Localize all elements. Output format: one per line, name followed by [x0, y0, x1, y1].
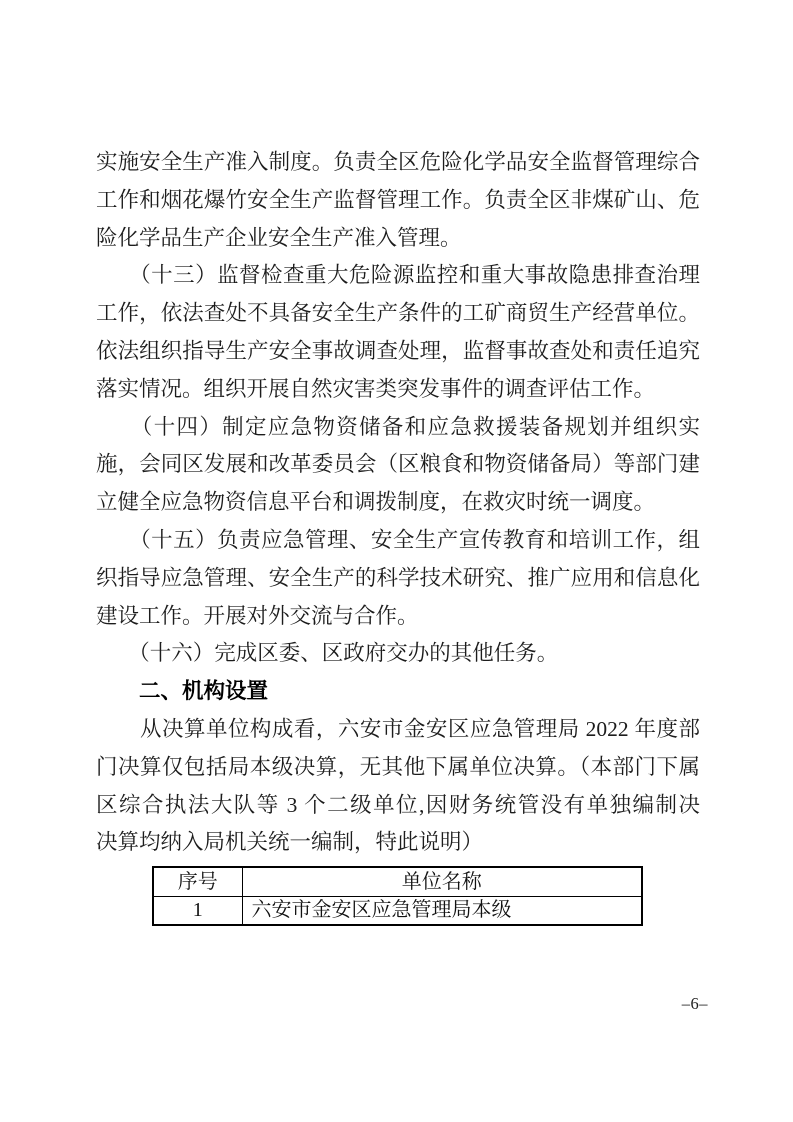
text-line: 工作，依法查处不具备安全生产条件的工矿商贸生产经营单位。: [96, 295, 700, 333]
text-line: 区综合执法大队等 3 个二级单位,因财务统管没有单独编制决算，: [96, 787, 700, 825]
text-line: 施，会同区发展和改革委员会（区粮食和物资储备局）等部门建: [96, 446, 700, 484]
unit-table: 序号单位名称 1六安市金安区应急管理局本级: [152, 866, 643, 926]
section-heading: 二、机构设置: [96, 673, 700, 711]
table-row: 1六安市金安区应急管理局本级: [153, 896, 642, 925]
text-line: 落实情况。组织开展自然灾害类突发事件的调查评估工作。: [96, 371, 700, 409]
unit-table-header-row: 序号单位名称: [153, 867, 642, 896]
text-line: （十五）负责应急管理、安全生产宣传教育和培训工作，组: [96, 522, 700, 560]
text-line: 门决算仅包括局本级决算，无其他下属单位决算。（本部门下属: [96, 749, 700, 787]
text-line: 从决算单位构成看，六安市金安区应急管理局 2022 年度部: [96, 711, 700, 749]
table-header-cell: 序号: [153, 867, 242, 896]
page-number: –6–: [682, 994, 708, 1014]
text-line: （十六）完成区委、区政府交办的其他任务。: [96, 635, 700, 673]
text-line: 织指导应急管理、安全生产的科学技术研究、推广应用和信息化: [96, 560, 700, 598]
text-line: 立健全应急物资信息平台和调拨制度，在救灾时统一调度。: [96, 484, 700, 522]
document-page: 实施安全生产准入制度。负责全区危险化学品安全监督管理综合工作和烟花爆竹安全生产监…: [0, 0, 793, 1122]
text-line: 决算均纳入局机关统一编制，特此说明）: [96, 824, 700, 862]
table-cell-index: 1: [153, 896, 242, 925]
table-header-cell: 单位名称: [242, 867, 642, 896]
text-line: 建设工作。开展对外交流与合作。: [96, 598, 700, 636]
text-line: 依法组织指导生产安全事故调查处理，监督事故查处和责任追究: [96, 333, 700, 371]
text-line: （十四）制定应急物资储备和应急救援装备规划并组织实: [96, 409, 700, 447]
table-cell-unit-name: 六安市金安区应急管理局本级: [242, 896, 642, 925]
text-line: 险化学品生产企业安全生产准入管理。: [96, 220, 700, 258]
text-line: 工作和烟花爆竹安全生产监督管理工作。负责全区非煤矿山、危: [96, 182, 700, 220]
text-line: （十三）监督检查重大危险源监控和重大事故隐患排查治理: [96, 257, 700, 295]
text-line: 实施安全生产准入制度。负责全区危险化学品安全监督管理综合: [96, 144, 700, 182]
document-body: 实施安全生产准入制度。负责全区危险化学品安全监督管理综合工作和烟花爆竹安全生产监…: [96, 144, 700, 862]
